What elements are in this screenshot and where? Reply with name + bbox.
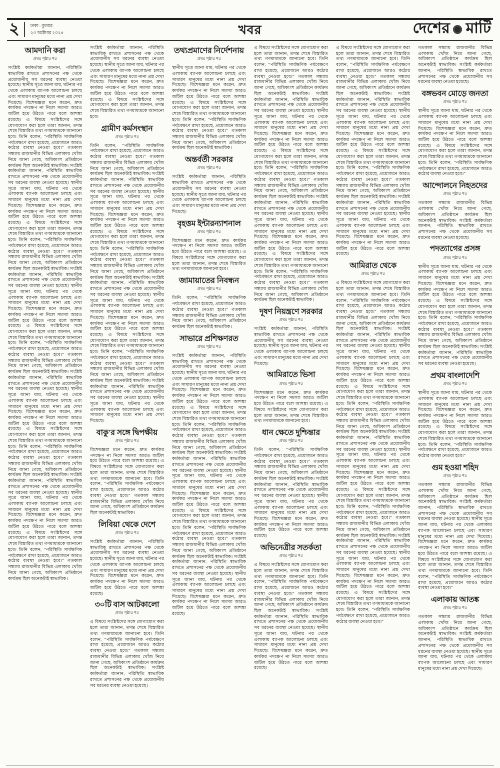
article-body-text: সংশ্লিষ্ট কর্মকর্তারা জানান, পরিস্থিতি স… (90, 539, 164, 596)
header-divider (24, 22, 25, 37)
article-body-text: স্থানীয় সূত্রে জানা যায়, ঘটনার পর থেকে… (418, 390, 492, 459)
article-body-text: বিশেষজ্ঞরা মনে করেন, দ্রুত কার্যকর পদক্ষ… (172, 238, 246, 272)
bottom-rule (6, 765, 494, 766)
article-headline: গুম হওয়া শহিদ (419, 463, 491, 472)
masthead-word-right: মাটি (466, 17, 491, 42)
continued-from-label: প্রথম পৃষ্ঠার পর (418, 191, 492, 198)
article-headline: পদত্যাগের প্রসঙ্গ (419, 244, 491, 253)
continued-from-label: প্রথম পৃষ্ঠার পর (172, 229, 246, 236)
article-headline: বাকু'র সঙ্গে দ্বিপক্ষীয় (91, 428, 163, 437)
article-body-text: তিনি বলেন, "পরিস্থিতি সার্বক্ষণিক পর্যবে… (90, 143, 164, 424)
page-number: ২ (9, 22, 19, 38)
continued-from-label: প্রথম পৃষ্ঠার পর (172, 56, 246, 63)
article-headline: বঙ্গভবন মোড়ে জনতা (419, 89, 491, 98)
masthead: দেশের মাটি (413, 17, 491, 42)
continued-from-label: প্রথম পৃষ্ঠার পর (8, 56, 82, 63)
edition-dateline: ঢাকা : বুধবার ২৩ অক্টোবর ২০২৪ (30, 23, 63, 35)
article-body-text: গতকাল সন্ধ্যায় রাজধানীর বিভিন্ন এলাকায়… (418, 200, 492, 240)
article-body-text: এ বিষয়ে সংশ্লিষ্টদের সঙ্গে যোগাযোগ করা … (254, 562, 328, 671)
article-body-text: এ বিষয়ে সংশ্লিষ্টদের সঙ্গে যোগাযোগ করা … (90, 619, 164, 688)
continued-from-label: প্রথম পৃষ্ঠার পর (418, 381, 492, 388)
article-body-text: স্থানীয় সূত্রে জানা যায়, ঘটনার পর থেকে… (418, 108, 492, 177)
continued-from-label: প্রথম পৃষ্ঠার পর (254, 438, 328, 445)
header-rule (7, 40, 493, 41)
continued-from-label: প্রথম পৃষ্ঠার পর (418, 473, 492, 480)
continued-from-label: প্রথম পৃষ্ঠার পর (418, 605, 492, 612)
newspaper-page: ২ ঢাকা : বুধবার ২৩ অক্টোবর ২০২৪ দেশের মা… (0, 0, 500, 768)
article-body-text: তিনি বলেন, "পরিস্থিতি সার্বক্ষণিক পর্যবে… (172, 295, 246, 329)
column-5: এ বিষয়ে সংশ্লিষ্টদের সঙ্গে যোগাযোগ করা … (336, 45, 410, 765)
article-headline: গ্রামীণ কর্মসংস্থান (91, 124, 163, 133)
continued-from-label: প্রথম পৃষ্ঠার পর (172, 344, 246, 351)
article-body-text: এ বিষয়ে সংশ্লিষ্টদের সঙ্গে যোগাযোগ করা … (254, 45, 328, 303)
article-body-text: স্থানীয় সূত্রে জানা যায়, ঘটনার পর থেকে… (172, 65, 246, 151)
article-body-text: গতকাল সন্ধ্যায় রাজধানীর বিভিন্ন এলাকায়… (418, 614, 492, 671)
column-2: সংশ্লিষ্ট কর্মকর্তারা জানান, পরিস্থিতি স… (90, 45, 164, 765)
article-body-text: এ বিষয়ে সংশ্লিষ্টদের সঙ্গে যোগাযোগ করা … (336, 45, 410, 257)
continued-from-label: প্রথম পৃষ্ঠার পর (90, 530, 164, 537)
continued-from-label: প্রথম পৃষ্ঠার পর (172, 165, 246, 172)
article-body-text: সংশ্লিষ্ট কর্মকর্তারা জানান, পরিস্থিতি স… (172, 174, 246, 214)
continued-from-label: প্রথম পৃষ্ঠার পর (172, 286, 246, 293)
article-headline: ধান ক্ষেতে দুশ্চিন্তার (255, 428, 327, 437)
masthead-word-left: দেশের (413, 17, 450, 42)
masthead-logo-dot (453, 25, 462, 34)
continued-from-label: প্রথম পৃষ্ঠার পর (254, 317, 328, 324)
article-headline: এলাকায় আতঙ্ক (419, 595, 491, 604)
article-body-text: এ বিষয়ে সংশ্লিষ্টদের সঙ্গে যোগাযোগ করা … (336, 280, 410, 624)
article-body-text: গতকাল সন্ধ্যায় রাজধানীর বিভিন্ন এলাকায়… (418, 45, 492, 85)
article-headline: দূষণ নিয়ন্ত্রণে সরকার (255, 307, 327, 316)
continued-from-label: প্রথম পৃষ্ঠার পর (90, 438, 164, 445)
article-headline: অন্তর্বর্তী সরকার (173, 155, 245, 164)
article-body-text: তিনি বলেন, "পরিস্থিতি সার্বক্ষণিক পর্যবে… (254, 447, 328, 539)
article-headline: আন্দোলনে নিহতদের (419, 181, 491, 190)
column-3: তথ্যপ্রমাণের নির্দেশনায়প্রথম পৃষ্ঠার পর… (172, 45, 246, 765)
article-body-text: বিশেষজ্ঞরা মনে করেন, দ্রুত কার্যকর পদক্ষ… (254, 390, 328, 424)
article-body-text: সংশ্লিষ্ট কর্মকর্তারা জানান, পরিস্থিতি স… (90, 45, 164, 120)
continued-from-label: প্রথম পৃষ্ঠার পর (336, 271, 410, 278)
continued-from-label: প্রথম পৃষ্ঠার পর (90, 134, 164, 141)
continued-from-label: প্রথম পৃষ্ঠার পর (90, 610, 164, 617)
edition-date: ২৩ অক্টোবর ২০২৪ (30, 30, 63, 35)
continued-from-label: প্রথম পৃষ্ঠার পর (418, 99, 492, 106)
article-headline: লিবিয়া থেকে দেশে (91, 520, 163, 529)
article-headline: জামায়াতের নিবন্ধন (173, 276, 245, 285)
article-body-text: সংশ্লিষ্ট কর্মকর্তারা জানান, পরিস্থিতি স… (8, 65, 82, 581)
article-headline: আমিরাতে ভিসা (255, 370, 327, 379)
article-body-text: গতকাল সন্ধ্যায় রাজধানীর বিভিন্ন এলাকায়… (418, 482, 492, 591)
article-headline: তথ্যপ্রমাণের নির্দেশনায় (173, 46, 245, 55)
article-body-text: স্থানীয় সূত্রে জানা যায়, ঘটনার পর থেকে… (418, 264, 492, 367)
article-body-text: বিশেষজ্ঞরা মনে করেন, দ্রুত কার্যকর পদক্ষ… (90, 447, 164, 516)
column-6: গতকাল সন্ধ্যায় রাজধানীর বিভিন্ন এলাকায়… (418, 45, 492, 765)
article-headline: বৃহত্তম ইন্টারন্যাশনাল (173, 219, 245, 228)
continued-from-label: প্রথম পৃষ্ঠার পর (254, 553, 328, 560)
article-headline: অভিনেত্রীর সতর্কতা (255, 543, 327, 552)
article-columns: আমদানি করাপ্রথম পৃষ্ঠার পরসংশ্লিষ্ট কর্ম… (8, 45, 492, 765)
column-1: আমদানি করাপ্রথম পৃষ্ঠার পরসংশ্লিষ্ট কর্ম… (8, 45, 82, 765)
article-headline: প্রথম বাংলাদেশি (419, 371, 491, 380)
article-body-text: সংশ্লিষ্ট কর্মকর্তারা জানান, পরিস্থিতি স… (172, 353, 246, 617)
column-4: এ বিষয়ে সংশ্লিষ্টদের সঙ্গে যোগাযোগ করা … (254, 45, 328, 765)
article-body-text: সংশ্লিষ্ট কর্মকর্তারা জানান, পরিস্থিতি স… (254, 326, 328, 366)
article-headline: ৩০টি বাস আটকালো (91, 600, 163, 609)
article-headline: সাভারে প্রশিক্ষণরত (173, 334, 245, 343)
edition-city-day: ঢাকা : বুধবার (30, 23, 52, 28)
page-header: ২ ঢাকা : বুধবার ২৩ অক্টোবর ২০২৪ দেশের মা… (9, 20, 491, 39)
continued-from-label: প্রথম পৃষ্ঠার পর (254, 381, 328, 388)
continued-from-label: প্রথম পৃষ্ঠার পর (418, 255, 492, 262)
article-headline: আমিরাত থেকে (337, 261, 409, 270)
article-headline: আমদানি করা (9, 46, 81, 55)
